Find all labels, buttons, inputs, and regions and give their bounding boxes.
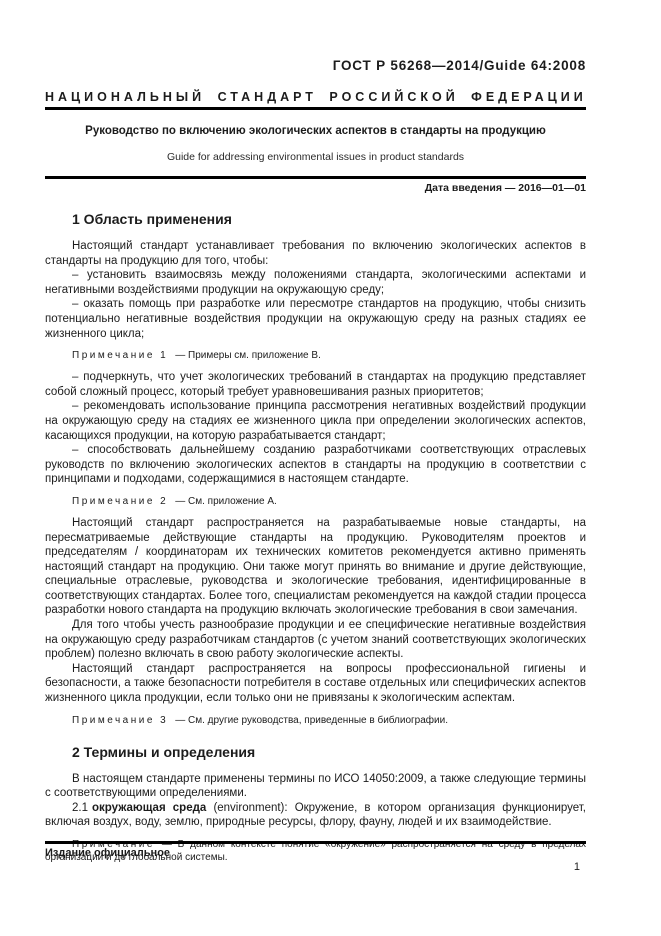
document-page: ГОСТ Р 56268—2014/Guide 64:2008 НАЦИОНАЛ… <box>0 0 661 936</box>
page-footer: Издание официальное 1 <box>45 841 586 873</box>
term-number: 2.1 <box>72 802 88 814</box>
note-text: — См. другие руководства, приведенные в … <box>175 715 448 726</box>
note-1: Примечание 1— Примеры см. приложение В. <box>45 349 586 362</box>
list-item-dash: – установить взаимосвязь между положения… <box>45 268 586 297</box>
header-divider <box>45 107 586 110</box>
list-item-dash: – подчеркнуть, что учет экологических тр… <box>45 370 586 399</box>
official-edition-label: Издание официальное <box>45 847 586 859</box>
paragraph: Настоящий стандарт распространяется на в… <box>45 662 586 706</box>
national-standard-header: НАЦИОНАЛЬНЫЙ СТАНДАРТ РОССИЙСКОЙ ФЕДЕРАЦ… <box>45 90 586 104</box>
intro-divider <box>45 176 586 179</box>
document-title-en: Guide for addressing environmental issue… <box>45 151 586 163</box>
list-item-dash: – способствовать дальнейшему созданию ра… <box>45 443 586 487</box>
note-3: Примечание 3— См. другие руководства, пр… <box>45 714 586 727</box>
note-text: — См. приложение А. <box>175 496 277 507</box>
term-definition: 2.1окружающая среда (environment): Окруж… <box>45 801 586 830</box>
list-item-dash: – оказать помощь при разработке или пере… <box>45 297 586 341</box>
term-name: окружающая среда <box>92 802 206 814</box>
note-label: Примечание 3 <box>72 715 168 726</box>
list-item-dash: – рекомендовать использование принципа р… <box>45 399 586 443</box>
note-2: Примечание 2— См. приложение А. <box>45 495 586 508</box>
document-title-ru: Руководство по включению экологических а… <box>45 125 586 137</box>
section-1-heading: 1 Область применения <box>45 211 586 227</box>
introduction-date: Дата введения — 2016—01—01 <box>45 182 586 194</box>
note-label: Примечание 2 <box>72 496 168 507</box>
paragraph: Настоящий стандарт устанавливает требова… <box>45 239 586 268</box>
section-2-heading: 2 Термины и определения <box>45 744 586 760</box>
page-number: 1 <box>45 861 586 873</box>
paragraph: Для того чтобы учесть разнообразие проду… <box>45 618 586 662</box>
doc-code: ГОСТ Р 56268—2014/Guide 64:2008 <box>45 58 586 73</box>
page-content: ГОСТ Р 56268—2014/Guide 64:2008 НАЦИОНАЛ… <box>45 0 586 872</box>
paragraph: В настоящем стандарте применены термины … <box>45 772 586 801</box>
paragraph: Настоящий стандарт распространяется на р… <box>45 516 586 618</box>
note-label: Примечание 1 <box>72 350 168 361</box>
note-text: — Примеры см. приложение В. <box>175 350 321 361</box>
footer-divider <box>45 841 586 844</box>
